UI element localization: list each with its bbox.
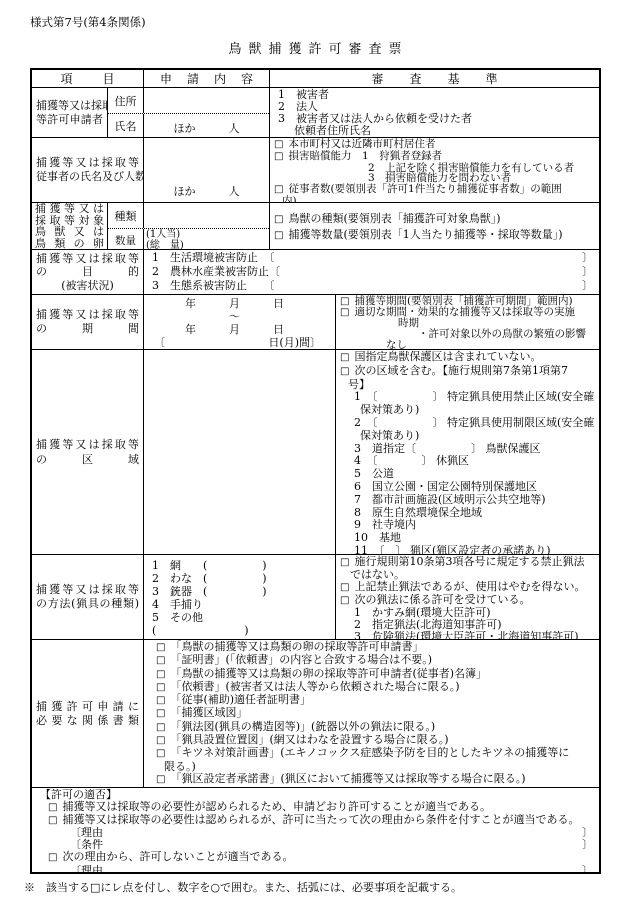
text-line: □従事者数(要領別表「許可1件当たり捕獲従事者数」の範囲: [274, 184, 595, 196]
text-line: ( ): [148, 624, 331, 637]
area-field[interactable]: [143, 350, 335, 554]
footnote: ※ 該当する□にレ点を付し、数字を○で囲む。また、括弧には、必要事項を記載する。: [24, 879, 462, 895]
text-line: □「猟区設定者承諾書」(猟区において捕獲等又は採取等する場合に限る。): [148, 773, 595, 786]
line-text: 依頼者住所氏名: [294, 125, 371, 137]
text-line: 捕獲等又は採取等: [36, 308, 139, 322]
line-text: (被害状況): [61, 279, 114, 293]
checkbox-icon[interactable]: □: [156, 682, 165, 694]
line-text: 年 月 日: [185, 323, 284, 336]
text-line: 捕獲等又は採取等: [36, 252, 139, 266]
text-line: □捕獲等又は採取等の必要性は認められるが、許可に当たって次の理由から条件を付すこ…: [36, 814, 593, 827]
purpose-content[interactable]: 1 生活環境被害防止 〔〕2 農林水産業被害防止〔〕3 生態系被害防止 〔〕: [143, 250, 599, 294]
checkbox-icon[interactable]: □: [274, 228, 283, 243]
text-line: (被害状況): [36, 279, 139, 293]
text-line: なし: [340, 340, 595, 349]
line-text: 〔理由: [70, 827, 582, 839]
text-line: □次の理由から、許可しないことが適当である。: [36, 851, 593, 864]
row-target: 捕獲等又は採取等対象鳥獣又は鳥類の卵 種類 数量 (1人当)(総 量) □鳥獣の…: [32, 202, 599, 249]
line-text: 「捕獲区域図」: [170, 707, 247, 719]
line-text: 5 その他: [152, 611, 203, 624]
bracket-close: 〕: [582, 865, 593, 872]
checkbox-icon[interactable]: □: [48, 815, 57, 827]
text-line: の目的: [36, 265, 139, 279]
checkbox-icon[interactable]: □: [156, 722, 165, 734]
line-text: 「キツネ対策計画書」(エキノコックス症感染予防を目的としたキツネの捕獲等に: [170, 747, 569, 759]
text-line: 3 危険猟法(環境大臣許可・北海道知事許可): [340, 631, 595, 639]
line-text: 7 都市計画施設(区域明示公共空地等): [354, 494, 546, 507]
checkbox-icon[interactable]: □: [340, 296, 349, 307]
text-line: 6 国立公園・国定公園特別保護地区: [340, 481, 595, 494]
text-line: □「鳥獣の捕獲等又は鳥類の卵の採取等許可申請者(従事者)名簿」: [148, 668, 595, 681]
text-line: ほか 人: [144, 186, 269, 198]
line-text: 「猟具設置位置図」(網又はわなを設置する場合に限る。): [170, 734, 448, 746]
checkbox-icon[interactable]: □: [156, 748, 165, 760]
row-documents: 捕獲許可申請に必要な関係書類 □「鳥獣の捕獲等又は鳥類の卵の採取等許可申請書」□…: [32, 639, 599, 787]
line-text: 従事者数(要領別表「許可1件当たり捕獲従事者数」の範囲: [288, 184, 561, 195]
text-line: の期間: [36, 322, 139, 336]
decision-lines: 【許可の適否】□捕獲等又は採取等の必要性が認められるため、申請どおり許可すること…: [32, 788, 599, 872]
line-text: 「猟法図(猟具の構造図等)」(銃器以外の猟法に限る。): [170, 721, 435, 733]
page-title: 鳥獣捕獲許可審査票: [0, 38, 630, 57]
period-criteria: □捕獲等期間(要領別表「捕獲許可期間」範囲内)□適切な期間・効果的な捕獲等又は採…: [335, 295, 599, 349]
text-line: の方法(猟具の種類): [36, 597, 139, 611]
checkbox-icon[interactable]: □: [340, 595, 349, 607]
text-line: 依頼者住所氏名: [274, 125, 595, 137]
text-line: 年 月 日: [148, 323, 321, 336]
line-text: 〔: [154, 336, 268, 349]
text-line: 捕獲等又は採取等: [36, 156, 139, 170]
line-text: (1人当): [146, 230, 180, 241]
checkbox-icon[interactable]: □: [340, 366, 349, 379]
text-line: 〔理由〕: [36, 865, 593, 872]
applicant-criteria: 1 被害者2 法人3 被害者又は法人から依頼を受けた者依頼者住所氏名: [269, 88, 599, 137]
purpose-label: 捕獲等又は採取等の目的(被害状況): [32, 250, 143, 294]
checkbox-icon[interactable]: □: [274, 152, 283, 163]
text-line: 4 手捕り: [148, 598, 331, 611]
checkbox-icon[interactable]: □: [156, 642, 165, 654]
line-text: (総 量): [146, 241, 184, 250]
bracket-close: 日(月)間〕: [268, 336, 321, 349]
text-line: 鳥類の卵: [35, 238, 104, 250]
name-label: 氏名: [108, 114, 144, 137]
applicant-label: 捕獲等又は採取等許可申請者: [32, 88, 107, 137]
line-text: 1 網 ( ): [152, 559, 267, 572]
text-line: 2 わな ( ): [148, 572, 331, 585]
applicant-name-row: 氏名 ほか 人: [108, 113, 269, 137]
line-text: 適切な期間・効果的な捕獲等又は採取等の実施: [354, 307, 575, 318]
line-text: 捕獲等又は採取等の必要性が認められるため、申請どおり許可することが適当である。: [62, 801, 491, 813]
bracket-close: 〕: [582, 265, 593, 279]
line-text: ・許可対象以外の鳥獣の繁殖の影響: [418, 329, 586, 340]
text-line: 7 都市計画施設(区域明示公共空地等): [340, 494, 595, 507]
text-line: □「証明書」(「依頼書」の内容と合致する場合は不要。): [148, 654, 595, 667]
text-line: (1人当): [144, 230, 269, 241]
text-line: □「捕獲区域図」: [148, 707, 595, 720]
checkbox-icon[interactable]: □: [156, 774, 165, 786]
text-line: 捕獲許可申請に: [36, 700, 139, 714]
text-line: 鳥獣又は: [35, 226, 104, 238]
workers-label: 捕獲等又は採取等従事者の氏名及び人数: [32, 138, 143, 202]
line-text: 損害賠償能力 1 狩猟者登録者: [288, 151, 442, 162]
decision-block: 【許可の適否】□捕獲等又は採取等の必要性が認められるため、申請どおり許可すること…: [32, 787, 599, 872]
text-line: 必要な関係書類: [36, 714, 139, 728]
bracket-close: 〕: [582, 839, 593, 851]
text-line: 捕獲等又は採取等: [36, 437, 139, 452]
checkbox-icon[interactable]: □: [340, 557, 349, 569]
line-text: 国指定鳥獣保護区は含まれていない。: [354, 351, 541, 364]
line-text: 次の猟法に係る許可を受けている。: [354, 594, 530, 606]
line-text: 3 危険猟法(環境大臣許可・北海道知事許可): [354, 631, 579, 639]
text-line: 年 月 日: [148, 297, 321, 310]
line-text: 2 〔 〕 特定猟具使用制限区域(安全確: [354, 417, 594, 430]
line-text: 次の理由から、許可しないことが適当である。: [62, 851, 293, 863]
line-text: ( ): [152, 624, 249, 637]
documents-list: □「鳥獣の捕獲等又は鳥類の卵の採取等許可申請書」□「証明書」(「依頼書」の内容と…: [143, 640, 599, 787]
method-criteria: □施行規則第10条第3項各号に規定する禁止猟法ではない。□上記禁止猟法であるが、…: [335, 555, 599, 639]
row-applicant: 捕獲等又は採取等許可申請者 住所 氏名 ほか 人 1 被害者2 法人3 被害者又…: [32, 87, 599, 137]
text-line: □損害賠償能力 1 狩猟者登録者: [274, 151, 595, 163]
line-text: 3 生態系被害防止 〔: [152, 279, 582, 293]
text-line: 2 〔 〕 特定猟具使用制限区域(安全確: [340, 417, 595, 430]
text-line: □国指定鳥獣保護区は含まれていない。: [340, 351, 595, 365]
checkbox-icon[interactable]: □: [48, 802, 57, 814]
text-line: □適切な期間・効果的な捕獲等又は採取等の実施: [340, 307, 595, 318]
text-line: 〔理由〕: [36, 827, 593, 839]
line-text: 「猟区設定者承諾書」(猟区において捕獲等又は採取等する場合に限る。): [170, 773, 525, 785]
row-period: 捕獲等又は採取等の期間 年 月 日〜年 月 日〔日(月)間〕 □捕獲等期間(要領…: [32, 294, 599, 349]
applicant-mid: 住所 氏名 ほか 人: [107, 88, 269, 137]
text-line: 11 〔 〕 猟区(猟区設定者の承諾あり): [340, 545, 595, 554]
text-line: (総 量): [144, 241, 269, 250]
text-line: 3 銃器 ( ): [148, 585, 331, 598]
text-line: 1 被害者: [274, 89, 595, 101]
checkbox-icon[interactable]: □: [48, 852, 57, 864]
checkbox-icon[interactable]: □: [156, 735, 165, 747]
text-line: 1 網 ( ): [148, 559, 331, 572]
quantity-field[interactable]: (1人当)(総 量): [144, 229, 269, 249]
line-text: 1 生活環境被害防止 〔: [152, 251, 582, 265]
line-text: 「鳥獣の捕獲等又は鳥類の卵の採取等許可申請者(従事者)名簿」: [170, 668, 487, 680]
review-table: 項目 申請内容 審査基準 捕獲等又は採取等許可申請者 住所 氏名 ほか 人 1 …: [30, 68, 601, 874]
text-line: 3 生態系被害防止 〔〕: [148, 279, 593, 293]
checkbox-icon[interactable]: □: [340, 352, 349, 365]
bracket-close: 〕: [582, 279, 593, 293]
text-line: 5 その他: [148, 611, 331, 624]
text-line: □次の区域を含む。【施行規則第7条第1項第7: [340, 365, 595, 379]
checkbox-icon[interactable]: □: [274, 212, 283, 227]
header-item: 項目: [32, 70, 143, 87]
text-line: 内): [274, 196, 595, 202]
checkbox-icon[interactable]: □: [156, 708, 165, 720]
applicant-address-row: 住所: [108, 88, 269, 113]
address-field[interactable]: [144, 88, 269, 113]
line-text: 時期: [398, 318, 419, 329]
form-page: 様式第7号(第4条関係) 鳥獣捕獲許可審査票 項目 申請内容 審査基準 捕獲等又…: [0, 0, 630, 915]
line-text: 4 手捕り: [152, 598, 203, 611]
text-line: ほか 人: [144, 123, 269, 135]
page-title-text: 鳥獣捕獲許可審査票: [228, 42, 408, 57]
line-text: ほか 人: [174, 186, 240, 198]
row-area: 捕獲等又は採取等の区域 □国指定鳥獣保護区は含まれていない。□次の区域を含む。【…: [32, 349, 599, 554]
text-line: の区域: [36, 452, 139, 467]
line-text: 2 わな ( ): [152, 572, 267, 585]
row-workers: 捕獲等又は採取等従事者の氏名及び人数 ほか 人 □本市町村又は近隣市町村居住者□…: [32, 137, 599, 202]
text-line: 1 生活環境被害防止 〔〕: [148, 251, 593, 265]
line-text: ほか 人: [174, 123, 240, 135]
text-line: □捕獲等数量(要領別表「1人当たり捕獲等・採取等数量」): [274, 227, 595, 243]
row-purpose: 捕獲等又は採取等の目的(被害状況) 1 生活環境被害防止 〔〕2 農林水産業被害…: [32, 249, 599, 294]
line-text: なし: [386, 340, 407, 349]
row-method: 捕獲等又は採取等の方法(猟具の種類) 1 網 ( )2 わな ( )3 銃器 (…: [32, 554, 599, 639]
target-quantity-row: 数量 (1人当)(総 量): [108, 228, 269, 249]
line-text: 内): [282, 196, 297, 202]
text-line: 〔日(月)間〕: [148, 336, 321, 349]
checkbox-icon[interactable]: □: [156, 669, 165, 681]
line-text: 「鳥獣の捕獲等又は鳥類の卵の採取等許可申請書」: [170, 641, 423, 653]
checkbox-icon[interactable]: □: [340, 582, 349, 594]
text-line: 等許可申請者: [36, 113, 103, 127]
line-text: 施行規則第10条第3項各号に規定する禁止猟法: [354, 556, 584, 568]
kind-label: 種類: [108, 203, 144, 228]
quantity-label: 数量: [108, 229, 144, 249]
line-text: 上記禁止猟法であるが、使用はやむを得ない。: [354, 581, 585, 593]
checkbox-icon[interactable]: □: [156, 695, 165, 707]
workers-criteria: □本市町村又は近隣市町村居住者□損害賠償能力 1 狩猟者登録者2 上記を除く損害…: [269, 138, 599, 202]
header-content: 申請内容: [143, 70, 269, 87]
target-criteria: □鳥獣の種類(要領別表「捕獲許可対象鳥獣」)□捕獲等数量(要領別表「1人当たり捕…: [269, 203, 599, 249]
line-text: 年 月 日: [185, 297, 284, 310]
text-line: 〜: [148, 310, 321, 323]
line-text: 「依頼書」(被害者又は法人等から依頼された場合に限る。): [170, 681, 459, 693]
text-line: 保対策あり): [340, 430, 595, 443]
line-text: 捕獲等又は採取等の必要性は認められるが、許可に当たって次の理由から条件を付すこと…: [62, 814, 579, 826]
line-text: 「証明書」(「依頼書」の内容と合致する場合は不要。): [170, 654, 432, 666]
line-text: 2 農林水産業被害防止〔: [152, 265, 582, 279]
text-line: □鳥獣の種類(要領別表「捕獲許可対象鳥獣」): [274, 211, 595, 227]
text-line: 捕獲等又は採取: [36, 99, 103, 113]
address-label: 住所: [108, 88, 144, 113]
line-text: 捕獲等数量(要領別表「1人当たり捕獲等・採取等数量」): [288, 227, 562, 242]
target-kind-row: 種類: [108, 203, 269, 228]
text-line: ・許可対象以外の鳥獣の繁殖の影響: [340, 329, 595, 340]
bracket-close: 〕: [582, 251, 593, 265]
period-label: 捕獲等又は採取等の期間: [32, 295, 143, 349]
text-line: □: [148, 786, 595, 787]
method-field[interactable]: 1 網 ( )2 わな ( )3 銃器 ( )4 手捕り5 その他( ): [143, 555, 335, 639]
line-text: 鳥獣の種類(要領別表「捕獲許可対象鳥獣」): [288, 211, 500, 226]
documents-label: 捕獲許可申請に必要な関係書類: [32, 640, 143, 787]
checkbox-icon[interactable]: □: [340, 307, 349, 318]
line-text: 3 銃器 ( ): [152, 585, 267, 598]
checkbox-icon[interactable]: □: [156, 786, 165, 787]
text-line: □「キツネ対策計画書」(エキノコックス症感染予防を目的としたキツネの捕獲等に: [148, 747, 595, 760]
method-label: 捕獲等又は採取等の方法(猟具の種類): [32, 555, 143, 639]
form-number: 様式第7号(第4条関係): [30, 14, 146, 30]
target-label: 捕獲等又は採取等対象鳥獣又は鳥類の卵: [32, 203, 107, 249]
text-line: 2 農林水産業被害防止〔〕: [148, 265, 593, 279]
line-text: 保対策あり): [360, 430, 419, 443]
target-mid: 種類 数量 (1人当)(総 量): [107, 203, 269, 249]
table-header-row: 項目 申請内容 審査基準: [32, 70, 599, 87]
area-criteria: □国指定鳥獣保護区は含まれていない。□次の区域を含む。【施行規則第7条第1項第7…: [335, 350, 599, 554]
text-line: 従事者の氏名及び人数: [36, 170, 139, 184]
text-line: 捕獲等又は採取等: [36, 583, 139, 597]
name-field[interactable]: ほか 人: [144, 114, 269, 137]
line-text: 〔理由: [70, 865, 582, 872]
line-text: 11 〔 〕 猟区(猟区設定者の承諾あり): [354, 545, 551, 554]
line-text: 「従事(補助)適任者証明書」: [170, 694, 311, 706]
checkbox-icon[interactable]: □: [274, 140, 283, 151]
header-criteria: 審査基準: [269, 70, 599, 87]
line-text: 6 国立公園・国定公園特別保護地区: [354, 481, 537, 494]
area-label: 捕獲等又は採取等の区域: [32, 350, 143, 554]
line-text: 次の区域を含む。【施行規則第7条第1項第7: [354, 365, 568, 378]
line-text: 〜: [229, 310, 240, 323]
line-text: 本市町村又は近隣市町村居住者: [288, 139, 435, 150]
workers-field[interactable]: ほか 人: [143, 138, 269, 202]
text-line: 捕獲等又は: [35, 203, 104, 215]
kind-field[interactable]: [144, 203, 269, 228]
checkbox-icon[interactable]: □: [156, 655, 165, 667]
period-field[interactable]: 年 月 日〜年 月 日〔日(月)間〕: [143, 295, 335, 349]
